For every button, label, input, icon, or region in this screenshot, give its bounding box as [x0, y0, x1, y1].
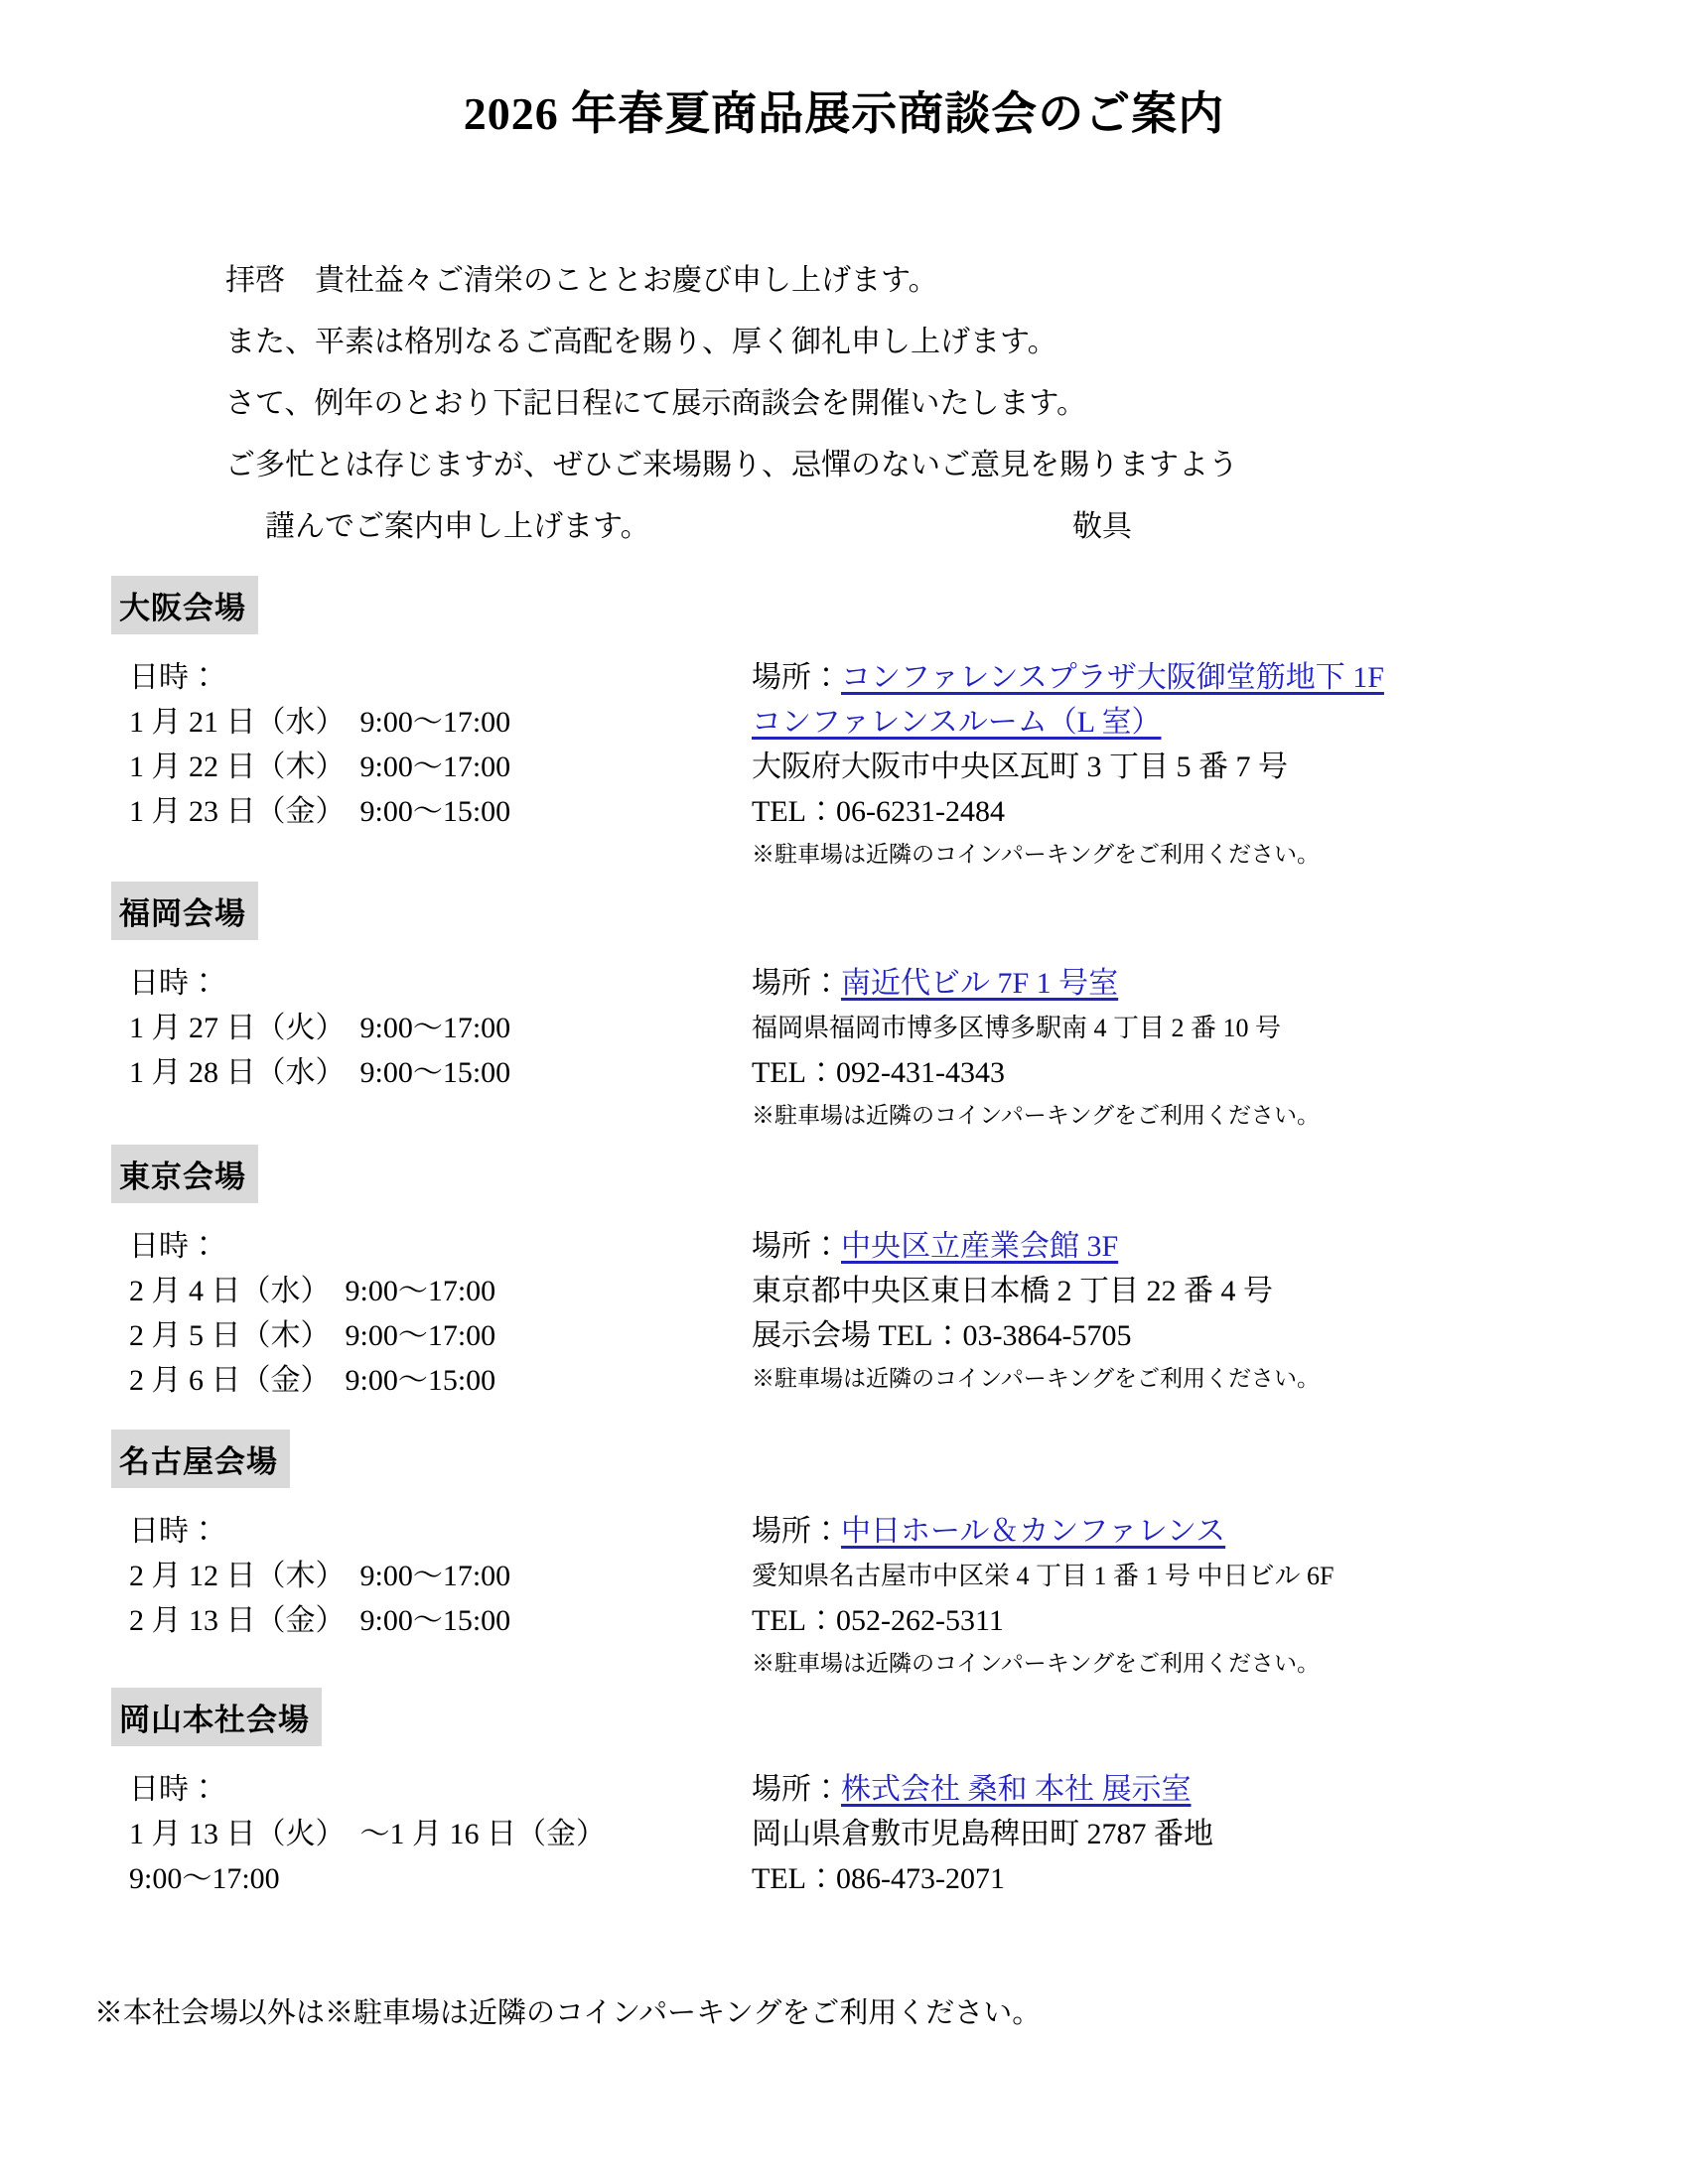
parking-note: ※駐車場は近隣のコインパーキングをご利用ください。 — [752, 1095, 1467, 1137]
venue-location-link[interactable]: 株式会社 桑和 本社 展示室 — [841, 1773, 1192, 1806]
venue-location-link[interactable]: コンファレンスプラザ大阪御堂筋地下 1F — [841, 661, 1384, 694]
location-label: 場所： — [752, 1773, 841, 1806]
greeting-line: また、平素は格別なるご高配を賜り、厚く御礼申し上げます。 — [225, 312, 1367, 373]
datetime-label: 日時： — [129, 1767, 606, 1812]
location-label: 場所： — [752, 661, 841, 694]
venue-address: 大阪府大阪市中央区瓦町 3 丁目 5 番 7 号 — [752, 745, 1467, 789]
document-page: 2026 年春夏商品展示商談会のご案内 拝啓 貴社益々ご清栄のこととお慶び申し上… — [0, 0, 1688, 2184]
date-line: 1 月 22 日（木） 9:00～17:00 — [129, 745, 510, 789]
parking-note: ※駐車場は近隣のコインパーキングをご利用ください。 — [752, 834, 1467, 876]
date-line: 1 月 28 日（水） 9:00～15:00 — [129, 1050, 510, 1095]
venue-location-link[interactable]: 中日ホール＆カンファレンス — [841, 1515, 1225, 1548]
location-label: 場所： — [752, 1230, 841, 1263]
date-line: 1 月 21 日（水） 9:00～17:00 — [129, 700, 510, 745]
venue-section-nagoya: 名古屋会場 日時： 2 月 12 日（木） 9:00～17:00 2 月 13 … — [0, 1430, 1688, 1488]
venue-header-nagoya: 名古屋会場 — [111, 1430, 290, 1488]
venue-section-fukuoka: 福岡会場 日時： 1 月 27 日（火） 9:00～17:00 1 月 28 日… — [0, 882, 1688, 940]
venue-address: 福岡県福岡市博多区博多駅南 4 丁目 2 番 10 号 — [752, 1006, 1467, 1050]
greeting-line: さて、例年のとおり下記日程にて展示商談会を開催いたします。 — [225, 373, 1367, 435]
datetime-label: 日時： — [129, 1509, 510, 1554]
datetime-label: 日時： — [129, 961, 510, 1006]
date-line: 1 月 23 日（金） 9:00～15:00 — [129, 789, 510, 834]
venue-header-fukuoka: 福岡会場 — [111, 882, 258, 940]
venue-header-okayama: 岡山本社会場 — [111, 1688, 322, 1746]
greeting-line: 拝啓 貴社益々ご清栄のこととお慶び申し上げます。 — [225, 250, 1367, 312]
date-line: 2 月 6 日（金） 9:00～15:00 — [129, 1358, 495, 1403]
location-line: 場所：コンファレンスプラザ大阪御堂筋地下 1F — [752, 655, 1467, 700]
venue-address: 愛知県名古屋市中区栄 4 丁目 1 番 1 号 中日ビル 6F — [752, 1554, 1467, 1598]
venue-tel: 展示会場 TEL：03-3864-5705 — [752, 1313, 1467, 1358]
venue-location-link[interactable]: 中央区立産業会館 3F — [841, 1230, 1118, 1263]
closing-line: 謹んでご案内申し上げます。 敬具 — [225, 496, 1367, 558]
page-title: 2026 年春夏商品展示商談会のご案内 — [0, 77, 1688, 143]
location-label: 場所： — [752, 967, 841, 1000]
venue-dates-column: 日時： 1 月 21 日（水） 9:00～17:00 1 月 22 日（木） 9… — [129, 655, 510, 834]
venue-header-tokyo: 東京会場 — [111, 1145, 258, 1203]
date-line: 1 月 13 日（火） ～1 月 16 日（金） — [129, 1812, 606, 1856]
date-line: 2 月 12 日（木） 9:00～17:00 — [129, 1554, 510, 1598]
greeting-line: ご多忙とは存じますが、ぜひご来場賜り、忌憚のないご意見を賜りますよう — [225, 435, 1367, 496]
location-line: 場所：南近代ビル 7F 1 号室 — [752, 961, 1467, 1006]
venue-location-column: 場所：株式会社 桑和 本社 展示室 岡山県倉敷市児島稗田町 2787 番地 TE… — [752, 1767, 1467, 1901]
location-line: 場所：中央区立産業会館 3F — [752, 1224, 1467, 1269]
venue-dates-column: 日時： 2 月 4 日（水） 9:00～17:00 2 月 5 日（木） 9:0… — [129, 1224, 495, 1403]
date-line: 2 月 13 日（金） 9:00～15:00 — [129, 1598, 510, 1643]
datetime-label: 日時： — [129, 655, 510, 700]
venue-location-link-2[interactable]: コンファレンスルーム（L 室） — [752, 706, 1161, 739]
date-line: 1 月 27 日（火） 9:00～17:00 — [129, 1006, 510, 1050]
venue-tel: TEL：086-473-2071 — [752, 1856, 1467, 1901]
location-line: 場所：株式会社 桑和 本社 展示室 — [752, 1767, 1467, 1812]
datetime-label: 日時： — [129, 1224, 495, 1269]
venue-dates-column: 日時： 1 月 13 日（火） ～1 月 16 日（金） 9:00～17:00 — [129, 1767, 606, 1901]
footer-parking-note: ※本社会場以外は※駐車場は近隣のコインパーキングをご利用ください。 — [94, 1990, 1041, 2031]
venue-header-osaka: 大阪会場 — [111, 576, 258, 634]
venue-location-column: 場所：南近代ビル 7F 1 号室 福岡県福岡市博多区博多駅南 4 丁目 2 番 … — [752, 961, 1467, 1137]
venue-tel: TEL：052-262-5311 — [752, 1598, 1467, 1643]
venue-section-osaka: 大阪会場 日時： 1 月 21 日（水） 9:00～17:00 1 月 22 日… — [0, 576, 1688, 634]
parking-note: ※駐車場は近隣のコインパーキングをご利用ください。 — [752, 1643, 1467, 1685]
date-line: 9:00～17:00 — [129, 1856, 606, 1901]
venue-address: 岡山県倉敷市児島稗田町 2787 番地 — [752, 1812, 1467, 1856]
venue-tel: TEL：092-431-4343 — [752, 1050, 1467, 1095]
location-line: 場所：中日ホール＆カンファレンス — [752, 1509, 1467, 1554]
venue-location-column: 場所：コンファレンスプラザ大阪御堂筋地下 1F コンファレンスルーム（L 室） … — [752, 655, 1467, 876]
greeting-paragraph: 拝啓 貴社益々ご清栄のこととお慶び申し上げます。 また、平素は格別なるご高配を賜… — [225, 250, 1367, 558]
venue-section-okayama: 岡山本社会場 日時： 1 月 13 日（火） ～1 月 16 日（金） 9:00… — [0, 1688, 1688, 1746]
venue-location-column: 場所：中日ホール＆カンファレンス 愛知県名古屋市中区栄 4 丁目 1 番 1 号… — [752, 1509, 1467, 1685]
date-line: 2 月 5 日（木） 9:00～17:00 — [129, 1313, 495, 1358]
location-label: 場所： — [752, 1515, 841, 1548]
venue-dates-column: 日時： 2 月 12 日（木） 9:00～17:00 2 月 13 日（金） 9… — [129, 1509, 510, 1643]
keigu-sign: 敬具 — [1072, 496, 1132, 558]
venue-location-column: 場所：中央区立産業会館 3F 東京都中央区東日本橋 2 丁目 22 番 4 号 … — [752, 1224, 1467, 1400]
venue-address: 東京都中央区東日本橋 2 丁目 22 番 4 号 — [752, 1269, 1467, 1313]
parking-note: ※駐車場は近隣のコインパーキングをご利用ください。 — [752, 1358, 1467, 1400]
date-line: 2 月 4 日（水） 9:00～17:00 — [129, 1269, 495, 1313]
location-line-2: コンファレンスルーム（L 室） — [752, 700, 1467, 745]
venue-location-link[interactable]: 南近代ビル 7F 1 号室 — [841, 967, 1118, 1000]
venue-dates-column: 日時： 1 月 27 日（火） 9:00～17:00 1 月 28 日（水） 9… — [129, 961, 510, 1095]
closing-text: 謹んでご案内申し上げます。 — [265, 510, 650, 543]
venue-section-tokyo: 東京会場 日時： 2 月 4 日（水） 9:00～17:00 2 月 5 日（木… — [0, 1145, 1688, 1203]
venue-tel: TEL：06-6231-2484 — [752, 789, 1467, 834]
